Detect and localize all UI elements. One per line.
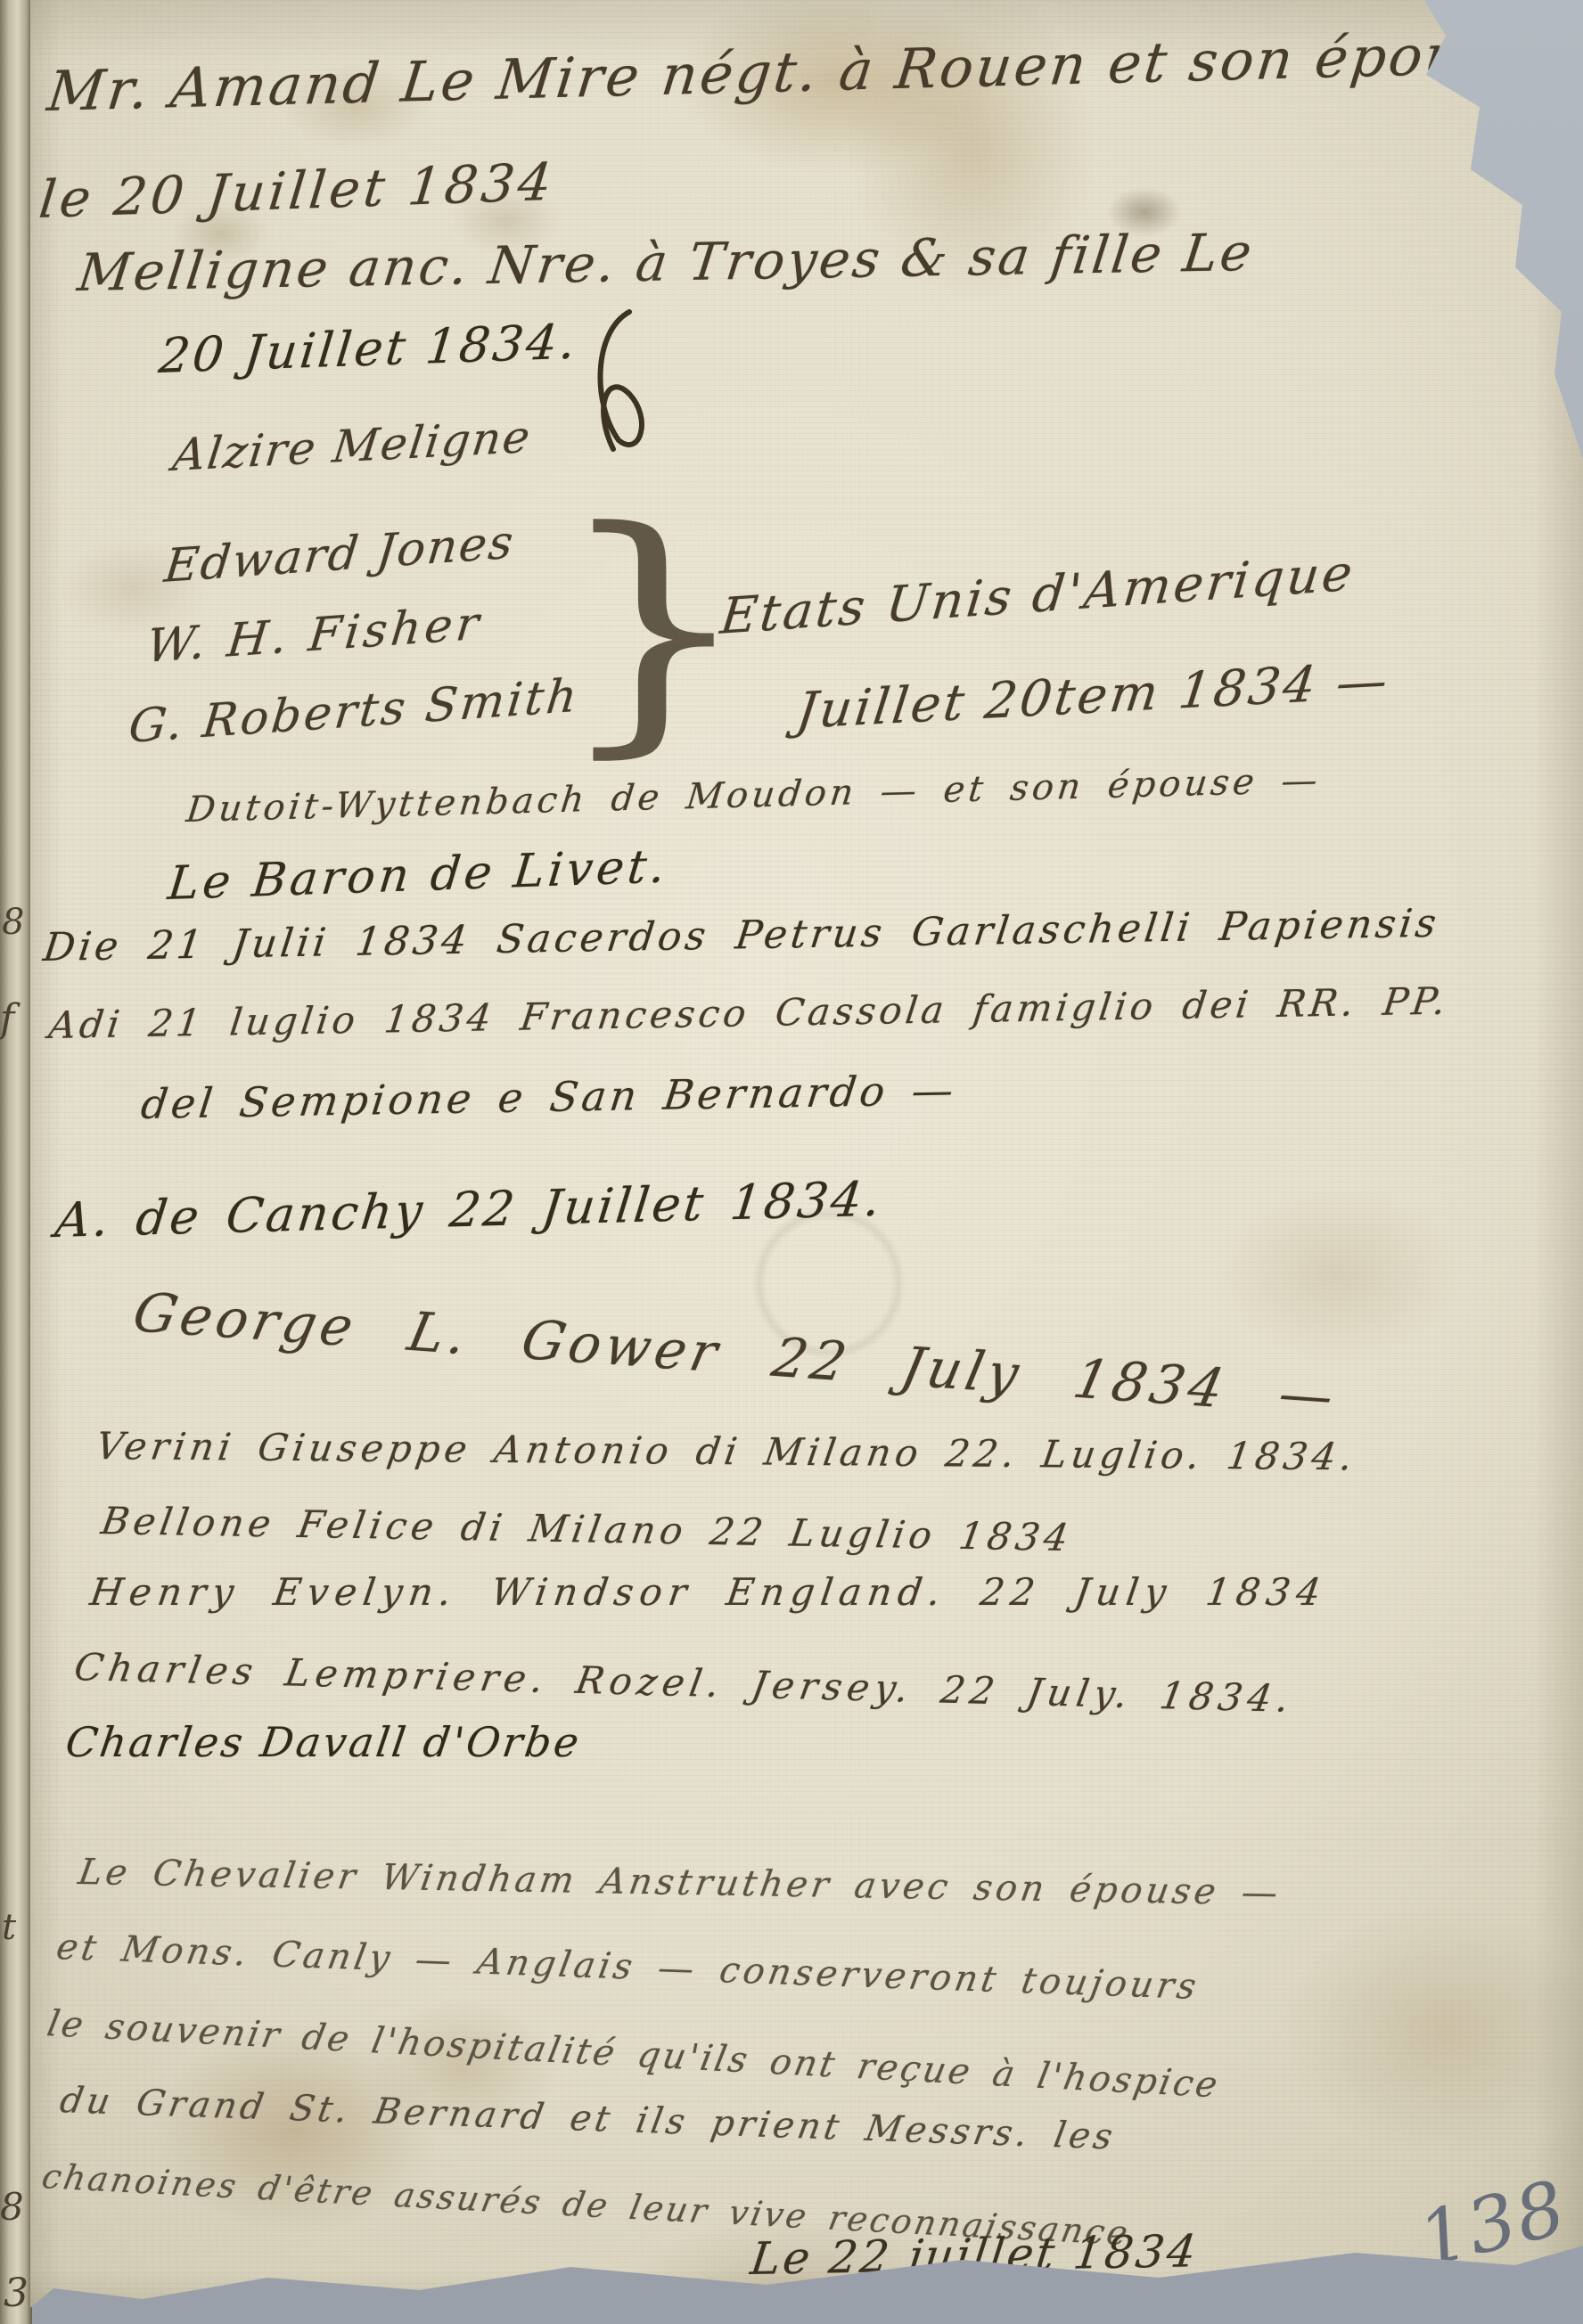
entry-lempriere: Charles Lempriere. Rozel. Jersey. 22 Jul… (71, 1645, 1298, 1721)
margin-fragment: t (2, 1907, 16, 1948)
entry-canchy: A. de Canchy 22 Juillet 1834. (53, 1171, 886, 1248)
margin-fragment: f (0, 996, 14, 1042)
entry-die-21-julii: Die 21 Julii 1834 Sacerdos Petrus Garlas… (41, 901, 1442, 970)
entry-anstruther-l2: et Mons. Canly — Anglais — conserveront … (53, 1927, 1202, 2008)
entry-bellone: Bellone Felice di Milano 22 Luglio 1834 (98, 1499, 1076, 1559)
entry-lemire-date: le 20 Juillet 1834 (37, 151, 558, 230)
scanned-register-page: Mr. Amand Le Mire négt. à Rouen et son é… (0, 0, 1583, 2324)
entry-melligne-date: 20 Juillet 1834. (156, 314, 580, 384)
adjacent-page-edge (0, 0, 32, 2324)
entry-sempione: del Sempione e San Bernardo — (138, 1066, 959, 1128)
entry-etats-unis: Etats Unis d'Amerique (718, 544, 1357, 646)
entry-gower: George L. Gower 22 July 1834 — (127, 1281, 1343, 1428)
margin-fragment: 8 (0, 2185, 24, 2229)
margin-fragment: 8 (2, 902, 24, 943)
entry-alzire-meligne: Alzire Meligne (170, 411, 535, 481)
entry-adi-21-luglio: Adi 21 luglio 1834 Francesco Cassola fam… (46, 979, 1451, 1047)
entry-davall: Charles Davall d'Orbe (62, 1718, 584, 1766)
entry-henry-evelyn: Henry Evelyn. Windsor England. 22 July 1… (87, 1570, 1330, 1614)
entry-lemire-name: Mr. Amand Le Mire négt. à Rouen et son é… (45, 20, 1534, 124)
margin-fragment: 3 (4, 2271, 29, 2316)
entry-baron-livet: Le Baron de Livet. (166, 840, 671, 911)
entry-edward-jones: Edward Jones (162, 516, 518, 593)
register-paper-sheet: Mr. Amand Le Mire négt. à Rouen et son é… (0, 0, 1583, 2324)
entry-juillet-20: Juillet 20tem 1834 — (793, 651, 1393, 740)
flourish-icon (567, 305, 674, 465)
entry-melligne-name: Melligne anc. Nre. à Troyes & sa fille L… (75, 222, 1258, 303)
entry-wh-fisher: W. H. Fisher (144, 597, 485, 674)
entry-dutoit: Dutoit-Wyttenbach de Moudon — et son épo… (185, 760, 1324, 831)
entry-verini: Verini Giuseppe Antonio di Milano 22. Lu… (94, 1424, 1360, 1478)
entry-g-roberts-smith: G. Roberts Smith (127, 669, 582, 754)
entry-anstruther-l1: Le Chevalier Windham Anstruther avec son… (76, 1852, 1284, 1914)
